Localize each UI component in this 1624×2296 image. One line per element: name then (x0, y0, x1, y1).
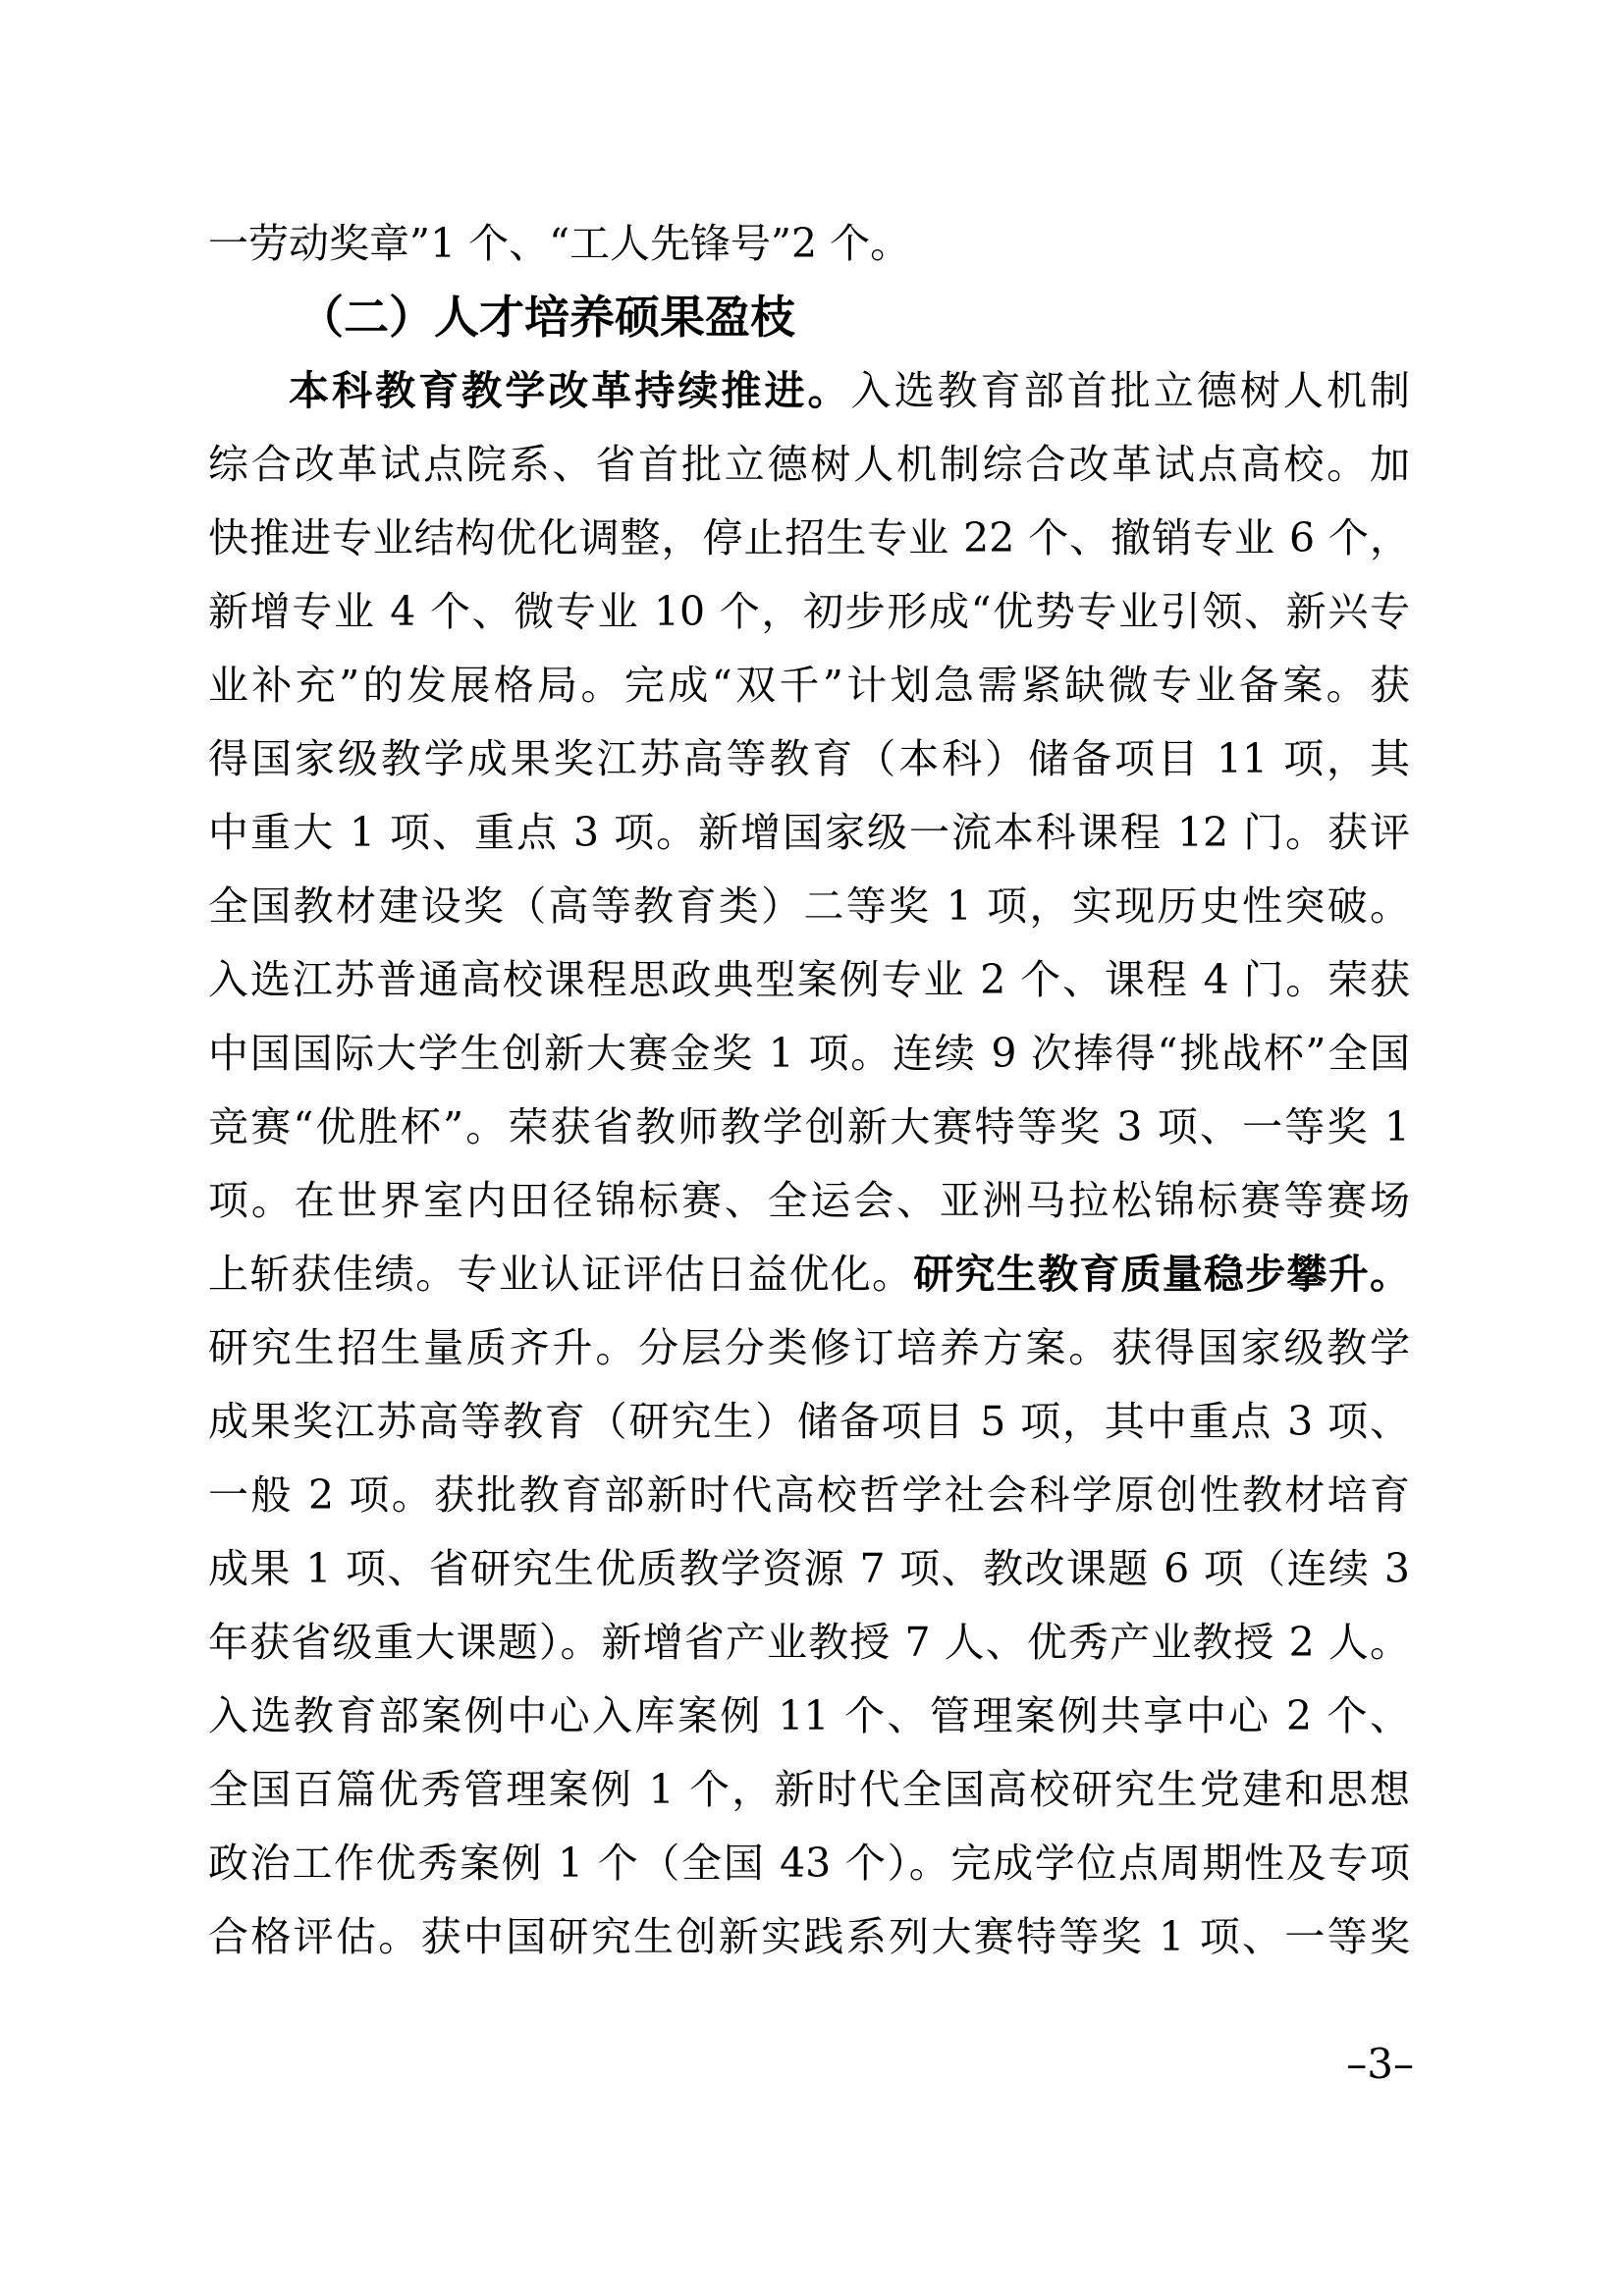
text-segment: 政治工作优秀案例 1 个（全国 43 个）。完成学位点周期性及专项 (208, 1840, 1410, 1887)
text-segment: 成果 1 项、省研究生优质教学资源 7 项、教改课题 6 项（连续 3 (208, 1545, 1410, 1592)
text-segment: 入选教育部首批立德树人机制 (851, 367, 1410, 414)
body-line: 入选江苏普通高校课程思政典型案例专业 2 个、课程 4 门。荣获 (208, 943, 1410, 1017)
body-line: 上斩获佳绩。专业认证评估日益优化。研究生教育质量稳步攀升。 (208, 1238, 1410, 1311)
text-segment: 上斩获佳绩。专业认证评估日益优化。 (208, 1251, 913, 1298)
document-body: 一劳动奖章”1 个、“工人先锋号”2 个。（二）人才培养硕果盈枝本科教育教学改革… (208, 207, 1410, 1974)
text-segment: 中重大 1 项、重点 3 项。新增国家级一流本科课程 12 门。获评 (208, 809, 1410, 856)
body-line: 业补充”的发展格局。完成“双千”计划急需紧缺微专业备案。获 (208, 649, 1410, 722)
body-line: 新增专业 4 个、微专业 10 个，初步形成“优势专业引领、新兴专 (208, 575, 1410, 649)
continuation-line: 一劳动奖章”1 个、“工人先锋号”2 个。 (208, 207, 1410, 281)
text-segment: 一劳动奖章”1 个、“工人先锋号”2 个。 (208, 220, 910, 267)
text-segment: 中国国际大学生创新大赛金奖 1 项。连续 9 次捧得“挑战杯”全国 (208, 1030, 1410, 1077)
body-line: 综合改革试点院系、省首批立德树人机制综合改革试点高校。加 (208, 428, 1410, 502)
body-line: 本科教育教学改革持续推进。入选教育部首批立德树人机制 (208, 354, 1410, 428)
text-segment: 一般 2 项。获批教育部新时代高校哲学社会科学原创性教材培育 (208, 1471, 1410, 1519)
text-segment: 得国家级教学成果奖江苏高等教育（本科）储备项目 11 项，其 (208, 735, 1410, 782)
page-number: –3– (1346, 2044, 1414, 2085)
text-segment: 成果奖江苏高等教育（研究生）储备项目 5 项，其中重点 3 项、 (208, 1398, 1410, 1445)
text-segment: 综合改革试点院系、省首批立德树人机制综合改革试点高校。加 (208, 441, 1410, 488)
text-segment: 入选教育部案例中心入库案例 11 个、管理案例共享中心 2 个、 (208, 1692, 1410, 1739)
body-line: 合格评估。获中国研究生创新实践系列大赛特等奖 1 项、一等奖 (208, 1900, 1410, 1974)
text-segment: 新增专业 4 个、微专业 10 个，初步形成“优势专业引领、新兴专 (208, 588, 1410, 635)
text-segment: 全国百篇优秀管理案例 1 个，新时代全国高校研究生党建和思想 (208, 1766, 1410, 1813)
text-segment: 快推进专业结构优化调整，停止招生专业 22 个、撤销专业 6 个， (208, 514, 1410, 561)
text-segment: 竞赛“优胜杯”。荣获省教师教学创新大赛特等奖 3 项、一等奖 1 (208, 1103, 1410, 1150)
text-segment: 研究生招生量质齐升。分层分类修订培养方案。获得国家级教学 (208, 1324, 1410, 1371)
emphasized-text-segment: 本科教育教学改革持续推进。 (289, 367, 851, 414)
emphasized-text-segment: （二）人才培养硕果盈枝 (298, 291, 795, 344)
text-segment: 年获省级重大课题）。新增省产业教授 7 人、优秀产业教授 2 人。 (208, 1619, 1410, 1666)
body-line: 项。在世界室内田径锦标赛、全运会、亚洲马拉松锦标赛等赛场 (208, 1164, 1410, 1238)
body-line: 研究生招生量质齐升。分层分类修订培养方案。获得国家级教学 (208, 1311, 1410, 1385)
body-line: 中重大 1 项、重点 3 项。新增国家级一流本科课程 12 门。获评 (208, 796, 1410, 870)
body-line: 政治工作优秀案例 1 个（全国 43 个）。完成学位点周期性及专项 (208, 1827, 1410, 1900)
body-line: 竞赛“优胜杯”。荣获省教师教学创新大赛特等奖 3 项、一等奖 1 (208, 1091, 1410, 1164)
emphasized-text-segment: 研究生教育质量稳步攀升。 (913, 1251, 1410, 1298)
body-line: 全国百篇优秀管理案例 1 个，新时代全国高校研究生党建和思想 (208, 1753, 1410, 1827)
text-segment: 入选江苏普通高校课程思政典型案例专业 2 个、课程 4 门。荣获 (208, 956, 1410, 1003)
text-segment: 业补充”的发展格局。完成“双千”计划急需紧缺微专业备案。获 (208, 662, 1410, 709)
body-line: 中国国际大学生创新大赛金奖 1 项。连续 9 次捧得“挑战杯”全国 (208, 1017, 1410, 1091)
body-line: 得国家级教学成果奖江苏高等教育（本科）储备项目 11 项，其 (208, 722, 1410, 796)
body-line: 全国教材建设奖（高等教育类）二等奖 1 项，实现历史性突破。 (208, 870, 1410, 943)
body-line: 年获省级重大课题）。新增省产业教授 7 人、优秀产业教授 2 人。 (208, 1606, 1410, 1680)
body-line: 入选教育部案例中心入库案例 11 个、管理案例共享中心 2 个、 (208, 1680, 1410, 1753)
text-segment: 项。在世界室内田径锦标赛、全运会、亚洲马拉松锦标赛等赛场 (208, 1177, 1410, 1224)
text-segment: 全国教材建设奖（高等教育类）二等奖 1 项，实现历史性突破。 (208, 882, 1410, 930)
body-line: 一般 2 项。获批教育部新时代高校哲学社会科学原创性教材培育 (208, 1459, 1410, 1532)
section-heading: （二）人才培养硕果盈枝 (208, 281, 1410, 354)
body-line: 成果奖江苏高等教育（研究生）储备项目 5 项，其中重点 3 项、 (208, 1385, 1410, 1459)
body-line: 成果 1 项、省研究生优质教学资源 7 项、教改课题 6 项（连续 3 (208, 1532, 1410, 1606)
body-line: 快推进专业结构优化调整，停止招生专业 22 个、撤销专业 6 个， (208, 502, 1410, 575)
document-page: 一劳动奖章”1 个、“工人先锋号”2 个。（二）人才培养硕果盈枝本科教育教学改革… (0, 0, 1624, 2296)
text-segment: 合格评估。获中国研究生创新实践系列大赛特等奖 1 项、一等奖 (208, 1913, 1410, 1960)
